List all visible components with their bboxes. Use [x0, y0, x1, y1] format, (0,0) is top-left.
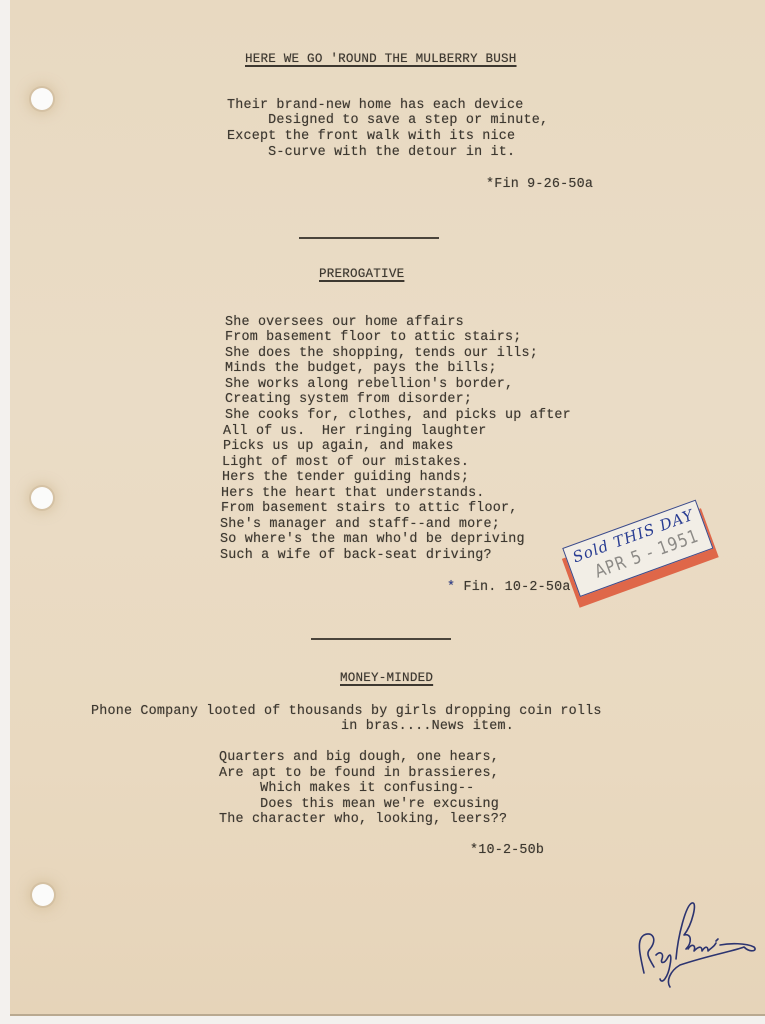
- signature: Roy Romine: [630, 895, 760, 995]
- poem-line: S-curve with the detour in it.: [227, 145, 515, 160]
- poem-line: She works along rebellion's border,: [225, 377, 513, 392]
- poem-title-mulberry-bush: HERE WE GO 'ROUND THE MULBERRY BUSH: [245, 52, 517, 67]
- poem-title-money-minded: MONEY-MINDED: [340, 671, 433, 686]
- epigraph-line: Phone Company looted of thousands by gir…: [91, 704, 602, 719]
- poem-note-mulberry-bush: *Fin 9-26-50a: [486, 177, 593, 192]
- poem-line: Except the front walk with its nice: [227, 129, 515, 144]
- poem-line: Which makes it confusing--: [219, 781, 474, 796]
- poem-line: All of us. Her ringing laughter: [223, 424, 487, 439]
- handwritten-star: *: [447, 580, 455, 595]
- poem-line: So where's the man who'd be depriving: [220, 532, 525, 547]
- poem-line: She's manager and staff--and more;: [220, 517, 500, 532]
- poem-line: Such a wife of back-seat driving?: [220, 548, 492, 563]
- poem-line: She does the shopping, tends our ills;: [225, 346, 538, 361]
- poem-line: Their brand-new home has each device: [227, 98, 524, 113]
- punch-hole-bottom: [32, 884, 54, 906]
- poem-line: She cooks for, clothes, and picks up aft…: [225, 408, 571, 423]
- section-divider: [299, 237, 439, 239]
- poem-line: From basement floor to attic stairs;: [225, 330, 522, 345]
- punch-hole-middle: [31, 487, 53, 509]
- poem-note-prerogative: * Fin. 10-2-50a: [447, 580, 571, 595]
- poem-line: Minds the budget, pays the bills;: [225, 361, 497, 376]
- poem-line: Designed to save a step or minute,: [227, 113, 548, 128]
- poem-line: Light of most of our mistakes.: [222, 455, 469, 470]
- poem-line: From basement stairs to attic floor,: [221, 501, 518, 516]
- poem-line: Does this mean we're excusing: [219, 797, 499, 812]
- poem-line: Picks us up again, and makes: [223, 439, 454, 454]
- poem-title-prerogative: PREROGATIVE: [319, 267, 404, 282]
- poem-line: Creating system from disorder;: [225, 392, 472, 407]
- poem-line: The character who, looking, leers??: [219, 812, 507, 827]
- epigraph-line: in bras....News item.: [341, 719, 514, 734]
- fin-note: Fin. 10-2-50a: [464, 580, 571, 595]
- section-divider: [311, 638, 451, 640]
- poem-line: Are apt to be found in brassieres,: [219, 766, 499, 781]
- poem-line: Quarters and big dough, one hears,: [219, 750, 499, 765]
- poem-line: Hers the heart that understands.: [221, 486, 485, 501]
- poem-line: She oversees our home affairs: [225, 315, 464, 330]
- poem-line: Hers the tender guiding hands;: [222, 470, 469, 485]
- poem-note-money-minded: *10-2-50b: [470, 843, 544, 858]
- punch-hole-top: [31, 88, 53, 110]
